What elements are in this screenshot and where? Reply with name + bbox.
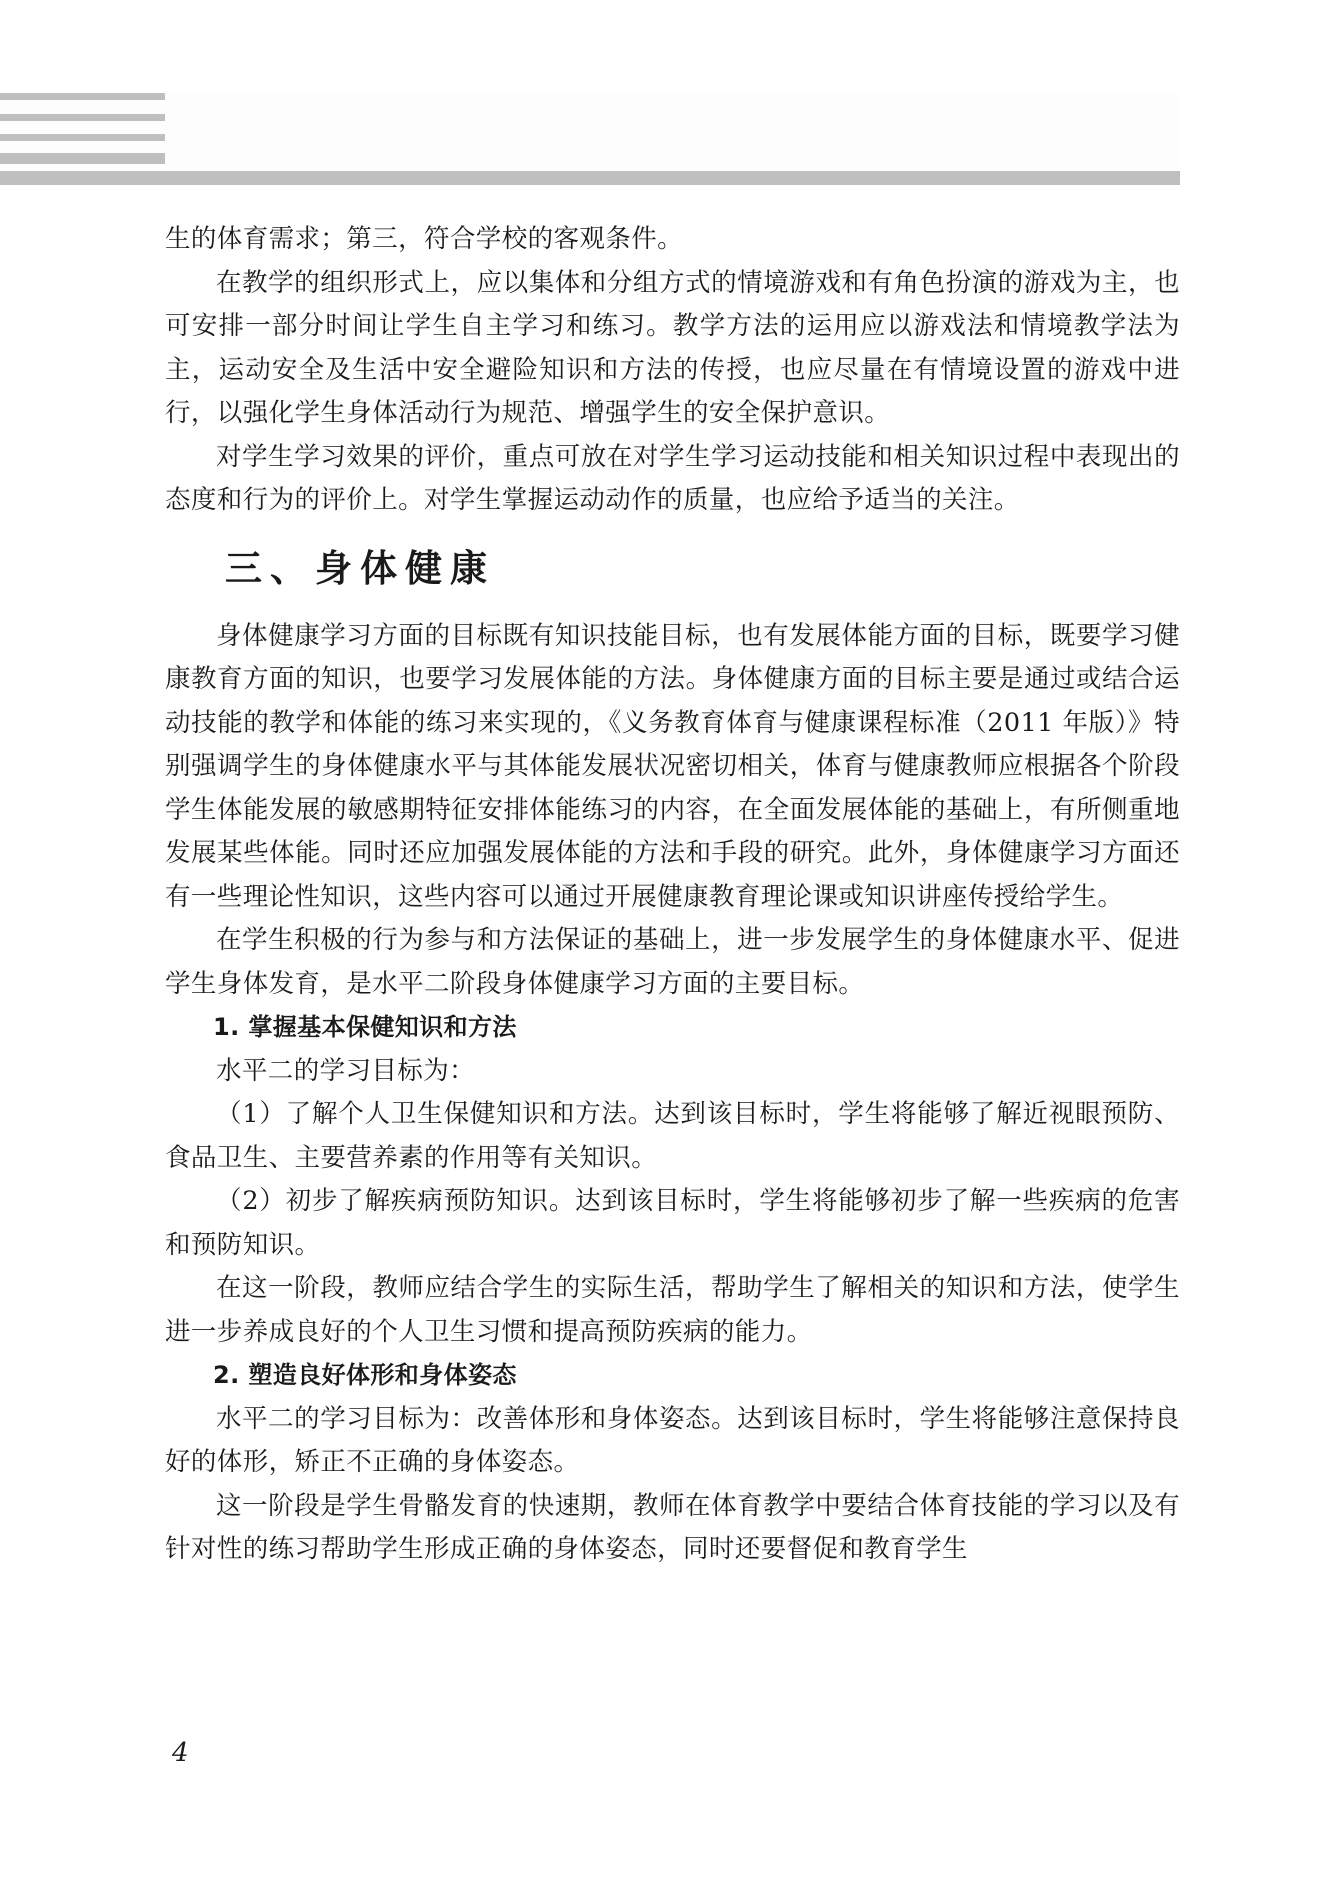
header-rule [0,171,1180,185]
paragraph: 这一阶段是学生骨骼发育的快速期，教师在体育教学中要结合体育技能的学习以及有针对性… [165,1485,1180,1572]
page-body: 生的体育需求；第三，符合学校的客观条件。 在教学的组织形式上，应以集体和分组方式… [165,218,1180,1572]
paragraph: （2）初步了解疾病预防知识。达到该目标时，学生将能够初步了解一些疾病的危害和预防… [165,1180,1180,1267]
page-number: 4 [172,1738,189,1768]
paragraph: 在这一阶段，教师应结合学生的实际生活，帮助学生了解相关的知识和方法，使学生进一步… [165,1267,1180,1354]
paragraph: 在学生积极的行为参与和方法保证的基础上，进一步发展学生的身体健康水平、促进学生身… [165,919,1180,1006]
header-stripe [0,153,165,164]
paragraph: 水平二的学习目标为：改善体形和身体姿态。达到该目标时，学生将能够注意保持良好的体… [165,1398,1180,1485]
paragraph: 生的体育需求；第三，符合学校的客观条件。 [165,218,1180,262]
section-heading: 三、身体健康 [225,543,1180,593]
paragraph: 身体健康学习方面的目标既有知识技能目标，也有发展体能方面的目标，既要学习健康教育… [165,615,1180,920]
subsection-heading: 1. 掌握基本保健知识和方法 [165,1006,1180,1050]
subsection-heading: 2. 塑造良好体形和身体姿态 [165,1354,1180,1398]
paragraph: 在教学的组织形式上，应以集体和分组方式的情境游戏和有角色扮演的游戏为主，也可安排… [165,262,1180,436]
paragraph: 水平二的学习目标为： [165,1050,1180,1094]
paragraph: （1）了解个人卫生保健知识和方法。达到该目标时，学生将能够了解近视眼预防、食品卫… [165,1093,1180,1180]
header-stripe [0,134,165,141]
paragraph: 对学生学习效果的评价，重点可放在对学生学习运动技能和相关知识过程中表现出的态度和… [165,436,1180,523]
header-stripe [0,93,165,100]
header-stripe [0,114,165,121]
